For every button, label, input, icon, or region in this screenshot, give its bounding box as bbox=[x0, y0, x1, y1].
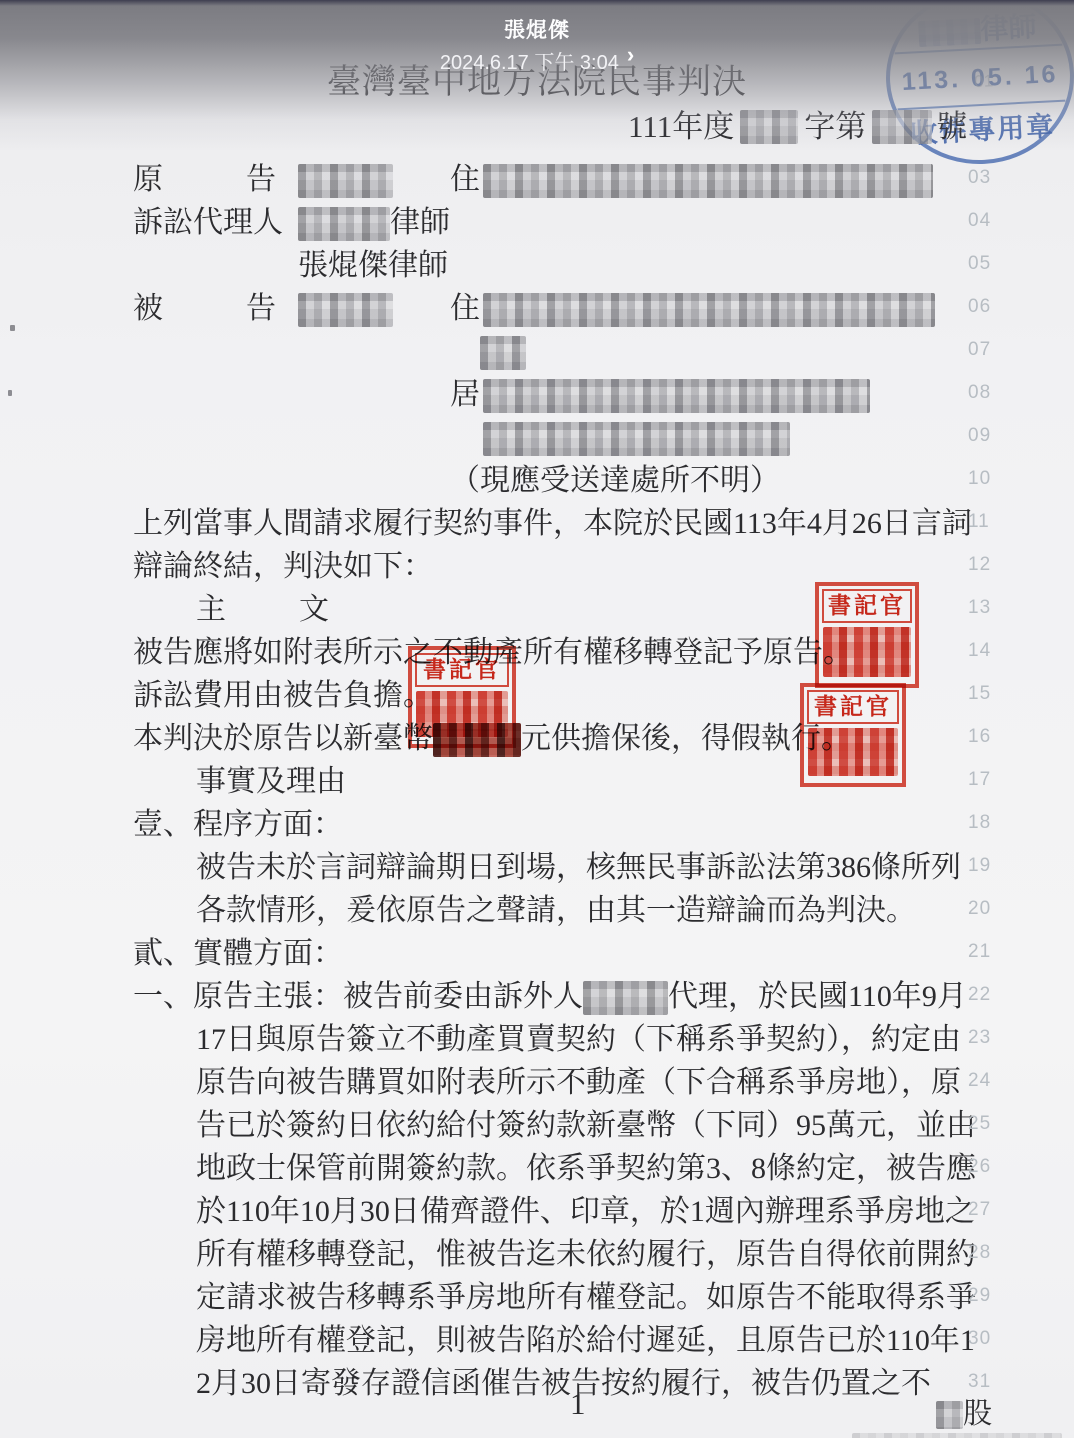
line-number: 12 bbox=[968, 554, 1008, 576]
line-number: 10 bbox=[968, 468, 1008, 490]
doc-line: 事實及理由 bbox=[133, 762, 346, 804]
doc-text: 張焜傑律師 bbox=[298, 246, 448, 286]
redaction-blur bbox=[298, 293, 393, 327]
doc-line: 居 bbox=[133, 375, 870, 417]
line-number: 31 bbox=[968, 1371, 1008, 1393]
line-number: 11 bbox=[968, 511, 1008, 533]
doc-text: （現應受送達處所不明） bbox=[450, 461, 780, 501]
doc-text: 代理，於民國110年9月 bbox=[668, 977, 967, 1017]
doc-text: 17日與原告簽立不動產買賣契約（下稱系爭契約），約定由 bbox=[196, 1020, 961, 1060]
doc-text: 貳、實體方面： bbox=[133, 934, 343, 974]
doc-line bbox=[133, 332, 526, 374]
doc-text: 訴訟代理人 bbox=[133, 203, 283, 243]
line-number: 05 bbox=[968, 253, 1008, 275]
doc-text: 律師 bbox=[390, 203, 450, 243]
doc-line: 於110年10月30日備齊證件、印章，於1週內辦理系爭房地之 bbox=[133, 1192, 975, 1234]
redaction-blur bbox=[872, 110, 932, 144]
redaction-blur bbox=[480, 336, 526, 370]
line-number: 18 bbox=[968, 812, 1008, 834]
line-number: 09 bbox=[968, 425, 1008, 447]
line-number: 16 bbox=[968, 726, 1008, 748]
redaction-blur bbox=[483, 164, 933, 198]
line-number: 30 bbox=[968, 1328, 1008, 1350]
clerk-signature-blur bbox=[823, 627, 911, 677]
line-number: 13 bbox=[968, 597, 1008, 619]
scan-speck bbox=[8, 390, 12, 396]
redaction-blur bbox=[298, 164, 393, 198]
doc-line: 張焜傑律師 bbox=[133, 246, 448, 288]
photo-viewer-screen: 律師 113. 05. 16 01 收件專用章 臺灣臺中地方法院民事判決 111… bbox=[0, 0, 1074, 1438]
timestamp-row[interactable]: 2024.6.17 下午 3:04› bbox=[0, 46, 1074, 75]
doc-line bbox=[133, 418, 790, 460]
doc-text: 於110年10月30日備齊證件、印章，於1週內辦理系爭房地之 bbox=[196, 1192, 975, 1232]
clerk-signature-blur bbox=[808, 728, 898, 776]
chevron-right-icon: › bbox=[627, 42, 634, 68]
doc-text: 字第 bbox=[804, 106, 866, 148]
doc-text: 住 bbox=[450, 160, 480, 200]
line-number: 07 bbox=[968, 339, 1008, 361]
doc-line: 上列當事人間請求履行契約事件，本院於民國113年4月26日言詞 bbox=[133, 504, 972, 546]
cutoff-text-blur bbox=[852, 1433, 1062, 1438]
line-number: 28 bbox=[968, 1242, 1008, 1264]
doc-line: 一、原告主張：被告前委由訴外人代理，於民國110年9月 bbox=[133, 977, 967, 1019]
doc-line: 各款情形，爰依原告之聲請，由其一造辯論而為判決。 bbox=[133, 891, 916, 933]
doc-line: 訴訟費用由被告負擔。 bbox=[133, 676, 433, 718]
case-number: 111年度字第號 bbox=[628, 106, 967, 148]
doc-line: 原告住 bbox=[133, 160, 933, 202]
doc-line: 房地所有權登記，則被告陷於給付遲延，且原告已於110年1 bbox=[133, 1321, 975, 1363]
doc-line: 被告住 bbox=[133, 289, 935, 331]
clerk-stamp: 書記官 bbox=[408, 646, 516, 748]
doc-text: 主 bbox=[196, 590, 226, 630]
doc-text: 所有權移轉登記，惟被告迄未依約履行，原告自得依前開約 bbox=[196, 1235, 976, 1275]
doc-text: 住 bbox=[450, 289, 480, 329]
doc-text: 原告向被告購買如附表所示不動產（下合稱系爭房地），原 bbox=[196, 1063, 961, 1103]
doc-text: 一、原告主張：被告前委由訴外人 bbox=[133, 977, 583, 1017]
doc-line: 訴訟代理人律師 bbox=[133, 203, 450, 245]
line-number: 15 bbox=[968, 683, 1008, 705]
redaction-blur bbox=[483, 293, 935, 327]
clerk-stamp-label: 書記官 bbox=[822, 589, 912, 623]
redaction-blur bbox=[740, 110, 798, 144]
line-number: 14 bbox=[968, 640, 1008, 662]
line-number: 21 bbox=[968, 941, 1008, 963]
doc-text: 訴訟費用由被告負擔。 bbox=[133, 676, 433, 716]
doc-text: 股 bbox=[963, 1396, 992, 1432]
doc-line: 定請求被告移轉系爭房地所有權登記。如原告不能取得系爭 bbox=[133, 1278, 976, 1320]
doc-text: 壹、程序方面： bbox=[133, 805, 343, 845]
sender-name: 張焜傑 bbox=[0, 14, 1074, 44]
doc-text: 原 bbox=[133, 160, 163, 200]
doc-text: 被 bbox=[133, 289, 163, 329]
line-number: 23 bbox=[968, 1027, 1008, 1049]
line-number: 04 bbox=[968, 210, 1008, 232]
doc-line: 辯論終結，判決如下： bbox=[133, 547, 433, 589]
doc-text: 號 bbox=[936, 106, 967, 148]
doc-line: （現應受送達處所不明） bbox=[133, 461, 780, 503]
doc-text: 告 bbox=[246, 289, 276, 329]
doc-text: 111年度 bbox=[628, 106, 734, 148]
doc-line: 告已於簽約日依約給付簽約款新臺幣（下同）95萬元，並由 bbox=[133, 1106, 976, 1148]
doc-text: 事實及理由 bbox=[196, 762, 346, 802]
doc-line: 壹、程序方面： bbox=[133, 805, 343, 847]
doc-text: 居 bbox=[450, 375, 480, 415]
doc-line: 被告未於言詞辯論期日到場，核無民事訴訟法第386條所列 bbox=[133, 848, 961, 890]
line-number: 22 bbox=[968, 984, 1008, 1006]
doc-text: 上列當事人間請求履行契約事件，本院於民國113年4月26日言詞 bbox=[133, 504, 972, 544]
line-number: 19 bbox=[968, 855, 1008, 877]
redaction-blur bbox=[483, 379, 870, 413]
doc-text: 定請求被告移轉系爭房地所有權登記。如原告不能取得系爭 bbox=[196, 1278, 976, 1318]
clerk-stamp-label: 書記官 bbox=[415, 653, 509, 687]
line-number: 17 bbox=[968, 769, 1008, 791]
line-number: 06 bbox=[968, 296, 1008, 318]
line-number: 08 bbox=[968, 382, 1008, 404]
doc-text: 房地所有權登記，則被告陷於給付遲延，且原告已於110年1 bbox=[196, 1321, 975, 1361]
doc-text: 告 bbox=[246, 160, 276, 200]
line-number: 25 bbox=[968, 1113, 1008, 1135]
doc-text: 2月30日寄發存證信函催告被告按約履行，被告仍置之不 bbox=[196, 1364, 931, 1404]
line-number: 03 bbox=[968, 167, 1008, 189]
doc-line: 2月30日寄發存證信函催告被告按約履行，被告仍置之不 bbox=[133, 1364, 931, 1406]
case-clerk-division: 股 bbox=[936, 1396, 992, 1438]
doc-line: 原告向被告購買如附表所示不動產（下合稱系爭房地），原 bbox=[133, 1063, 961, 1105]
doc-text: 各款情形，爰依原告之聲請，由其一造辯論而為判決。 bbox=[196, 891, 916, 931]
line-number: 26 bbox=[968, 1156, 1008, 1178]
doc-text: 辯論終結，判決如下： bbox=[133, 547, 433, 587]
redaction-blur bbox=[936, 1401, 963, 1429]
doc-line: 17日與原告簽立不動產買賣契約（下稱系爭契約），約定由 bbox=[133, 1020, 961, 1062]
clerk-signature-blur bbox=[416, 691, 508, 737]
message-timestamp: 2024.6.17 下午 3:04 bbox=[440, 52, 619, 74]
redaction-blur bbox=[583, 981, 668, 1015]
doc-text: 本判決於原告以新臺幣 bbox=[133, 719, 433, 759]
clerk-stamp: 書記官 bbox=[800, 683, 906, 787]
redaction-blur bbox=[483, 422, 790, 456]
doc-text: 文 bbox=[299, 590, 329, 630]
doc-text: 被告未於言詞辯論期日到場，核無民事訴訟法第386條所列 bbox=[196, 848, 961, 888]
scan-speck bbox=[10, 325, 15, 331]
clerk-stamp: 書記官 bbox=[815, 582, 919, 688]
doc-line: 地政士保管前開簽約款。依系爭契約第3、8條約定，被告應 bbox=[133, 1149, 976, 1191]
doc-line: 主文 bbox=[133, 590, 329, 632]
redaction-blur bbox=[298, 207, 390, 241]
line-number: 24 bbox=[968, 1070, 1008, 1092]
doc-text: 告已於簽約日依約給付簽約款新臺幣（下同）95萬元，並由 bbox=[196, 1106, 976, 1146]
line-number: 20 bbox=[968, 898, 1008, 920]
line-number: 27 bbox=[968, 1199, 1008, 1221]
page-number: 1 bbox=[570, 1386, 586, 1422]
clerk-stamp-label: 書記官 bbox=[807, 690, 899, 724]
doc-text: 地政士保管前開簽約款。依系爭契約第3、8條約定，被告應 bbox=[196, 1149, 976, 1189]
doc-line: 所有權移轉登記，惟被告迄未依約履行，原告自得依前開約 bbox=[133, 1235, 976, 1277]
line-number: 29 bbox=[968, 1285, 1008, 1307]
doc-line: 貳、實體方面： bbox=[133, 934, 343, 976]
